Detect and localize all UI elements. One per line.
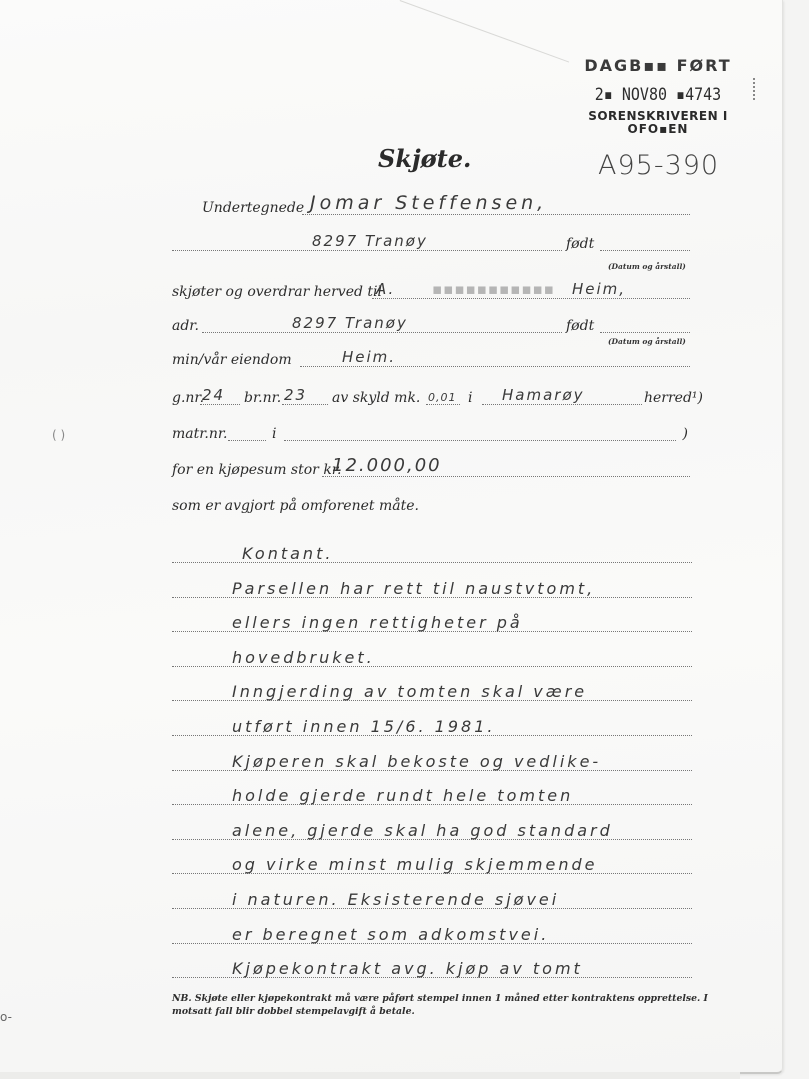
terms-text: Kjøpekontrakt avg. kjøp av tomt: [232, 959, 583, 978]
terms-text: hovedbruket.: [232, 648, 375, 667]
buyer-row: skjøter og overdrar herved til A. ▪▪▪▪▪▪…: [172, 276, 690, 304]
close-paren: ): [683, 426, 688, 442]
brnr-label: br.nr.: [244, 390, 281, 406]
seller-address: 8297 Tranøy: [312, 232, 428, 250]
herred-line: [482, 404, 642, 405]
matr-line: [228, 440, 266, 441]
registry-stamp: DAGB▪▪ FØRT 2▪ NOV80 ▪4743 SORENSKRIVERE…: [583, 56, 733, 136]
terms-text: og virke minst mulig skjemmende: [232, 855, 598, 874]
cadastral-row: g.nr. 24 br.nr. 23 av skyld mk. 0,01 i H…: [172, 382, 690, 410]
property-line: [300, 366, 690, 367]
skyld-label: av skyld mk.: [332, 390, 420, 406]
property-name: Heim.: [342, 348, 396, 366]
settled-label: som er avgjort på omforenet måte.: [172, 498, 419, 514]
terms-line: og virke minst mulig skjemmende: [172, 849, 692, 879]
price-line: [322, 476, 690, 477]
brnr-value: 23: [284, 386, 307, 404]
undertegnede-label: Undertegnede: [202, 200, 304, 216]
terms-text: Kontant.: [242, 544, 333, 563]
skyld-value: 0,01: [428, 391, 457, 404]
deed-page: DAGB▪▪ FØRT 2▪ NOV80 ▪4743 SORENSKRIVERE…: [0, 0, 783, 1074]
buyer-place: Heim,: [572, 280, 626, 298]
buyer-address-row: adr. 8297 Tranøy født: [172, 310, 690, 338]
price-row: for en kjøpesum stor kr. 12.000,00: [172, 454, 690, 482]
price-label: for en kjøpesum stor kr.: [172, 462, 341, 478]
buyer-address: 8297 Tranøy: [292, 314, 408, 332]
stamp-line-3: SORENSKRIVEREN I: [583, 109, 733, 123]
margin-bottom-mark: o-: [0, 1010, 12, 1024]
gnr-value: 24: [202, 386, 225, 404]
seller-datum-hint: (Datum og årstall): [608, 262, 686, 271]
stamp-line-1: DAGB▪▪ FØRT: [583, 56, 733, 75]
seller-fodt-line: [600, 250, 690, 251]
matr-label: matr.nr.: [172, 426, 227, 442]
buyer-fodt-line: [600, 332, 690, 333]
terms-text: i naturen. Eksisterende sjøvei: [232, 890, 559, 909]
underlying-page-edge: [0, 1072, 740, 1079]
price-value: 12.000,00: [332, 455, 442, 476]
terms-line: er beregnet som adkomstvei.: [172, 919, 692, 949]
archive-number: A95-390: [598, 150, 719, 181]
terms-line: holde gjerde rundt hele tomten: [172, 780, 692, 810]
terms-line: hovedbruket.: [172, 642, 692, 672]
terms-text: Parsellen har rett til naustvtomt,: [232, 579, 595, 598]
brnr-line: [282, 404, 328, 405]
buyer-address-line: [202, 332, 562, 333]
buyer-initial: A.: [376, 280, 395, 298]
paper-fold: [400, 0, 569, 63]
seller-name: Jomar Steffensen,: [310, 192, 547, 214]
stamp-line-2: 2▪ NOV80 ▪4743: [583, 84, 733, 105]
terms-text: ellers ingen rettigheter på: [232, 613, 523, 632]
terms-line: Kontant.: [172, 538, 692, 568]
seller-address-row: 8297 Tranøy født: [172, 228, 690, 256]
property-row: min/vår eiendom Heim.: [172, 344, 690, 372]
terms-line: Kjøperen skal bekoste og vedlike-: [172, 746, 692, 776]
seller-name-line: [302, 214, 690, 215]
buyer-fodt-label: født: [566, 318, 594, 334]
herred-label: herred¹): [644, 390, 703, 406]
terms-text: alene, gjerde skal ha god standard: [232, 821, 613, 840]
terms-text: Inngjerding av tomten skal være: [232, 682, 587, 701]
terms-line: utført innen 15/6. 1981.: [172, 711, 692, 741]
i-label: i: [468, 390, 472, 406]
buyer-name-line: [372, 298, 690, 299]
terms-line: Parsellen har rett til naustvtomt,: [172, 573, 692, 603]
terms-text: utført innen 15/6. 1981.: [232, 717, 495, 736]
stamp-line-4: OFO▪EN: [583, 122, 733, 136]
terms-line: ellers ingen rettigheter på: [172, 607, 692, 637]
seller-fodt-label: født: [566, 236, 594, 252]
footnote: NB. Skjøte eller kjøpekontrakt må være p…: [172, 992, 712, 1018]
terms-text: Kjøperen skal bekoste og vedlike-: [232, 752, 601, 771]
transfer-label: skjøter og overdrar herved til: [172, 284, 382, 300]
gnr-line: [200, 404, 240, 405]
page-title: Skjøte.: [378, 144, 471, 173]
skyld-line: [426, 404, 460, 405]
stamp-mark: [753, 78, 757, 100]
terms-text: holde gjerde rundt hele tomten: [232, 786, 573, 805]
terms-line: i naturen. Eksisterende sjøvei: [172, 884, 692, 914]
seller-address-line: [172, 250, 562, 251]
eiendom-label: min/vår eiendom: [172, 352, 292, 368]
settled-row: som er avgjort på omforenet måte.: [172, 490, 690, 518]
terms-text: er beregnet som adkomstvei.: [232, 925, 549, 944]
herred-value: Hamarøy: [502, 386, 585, 404]
matr-row: matr.nr. i ): [172, 418, 690, 446]
terms-line: Kjøpekontrakt avg. kjøp av tomt: [172, 953, 692, 983]
terms-line: Inngjerding av tomten skal være: [172, 676, 692, 706]
margin-paren-mark: ( ): [52, 428, 65, 442]
seller-row: Undertegnede Jomar Steffensen,: [172, 192, 690, 220]
matr-i-label: i: [272, 426, 276, 442]
matr-place-line: [284, 440, 676, 441]
buyer-name-redacted: ▪▪▪▪▪▪▪▪▪▪▪: [432, 280, 555, 298]
terms-line: alene, gjerde skal ha god standard: [172, 815, 692, 845]
adr-label: adr.: [172, 318, 199, 334]
